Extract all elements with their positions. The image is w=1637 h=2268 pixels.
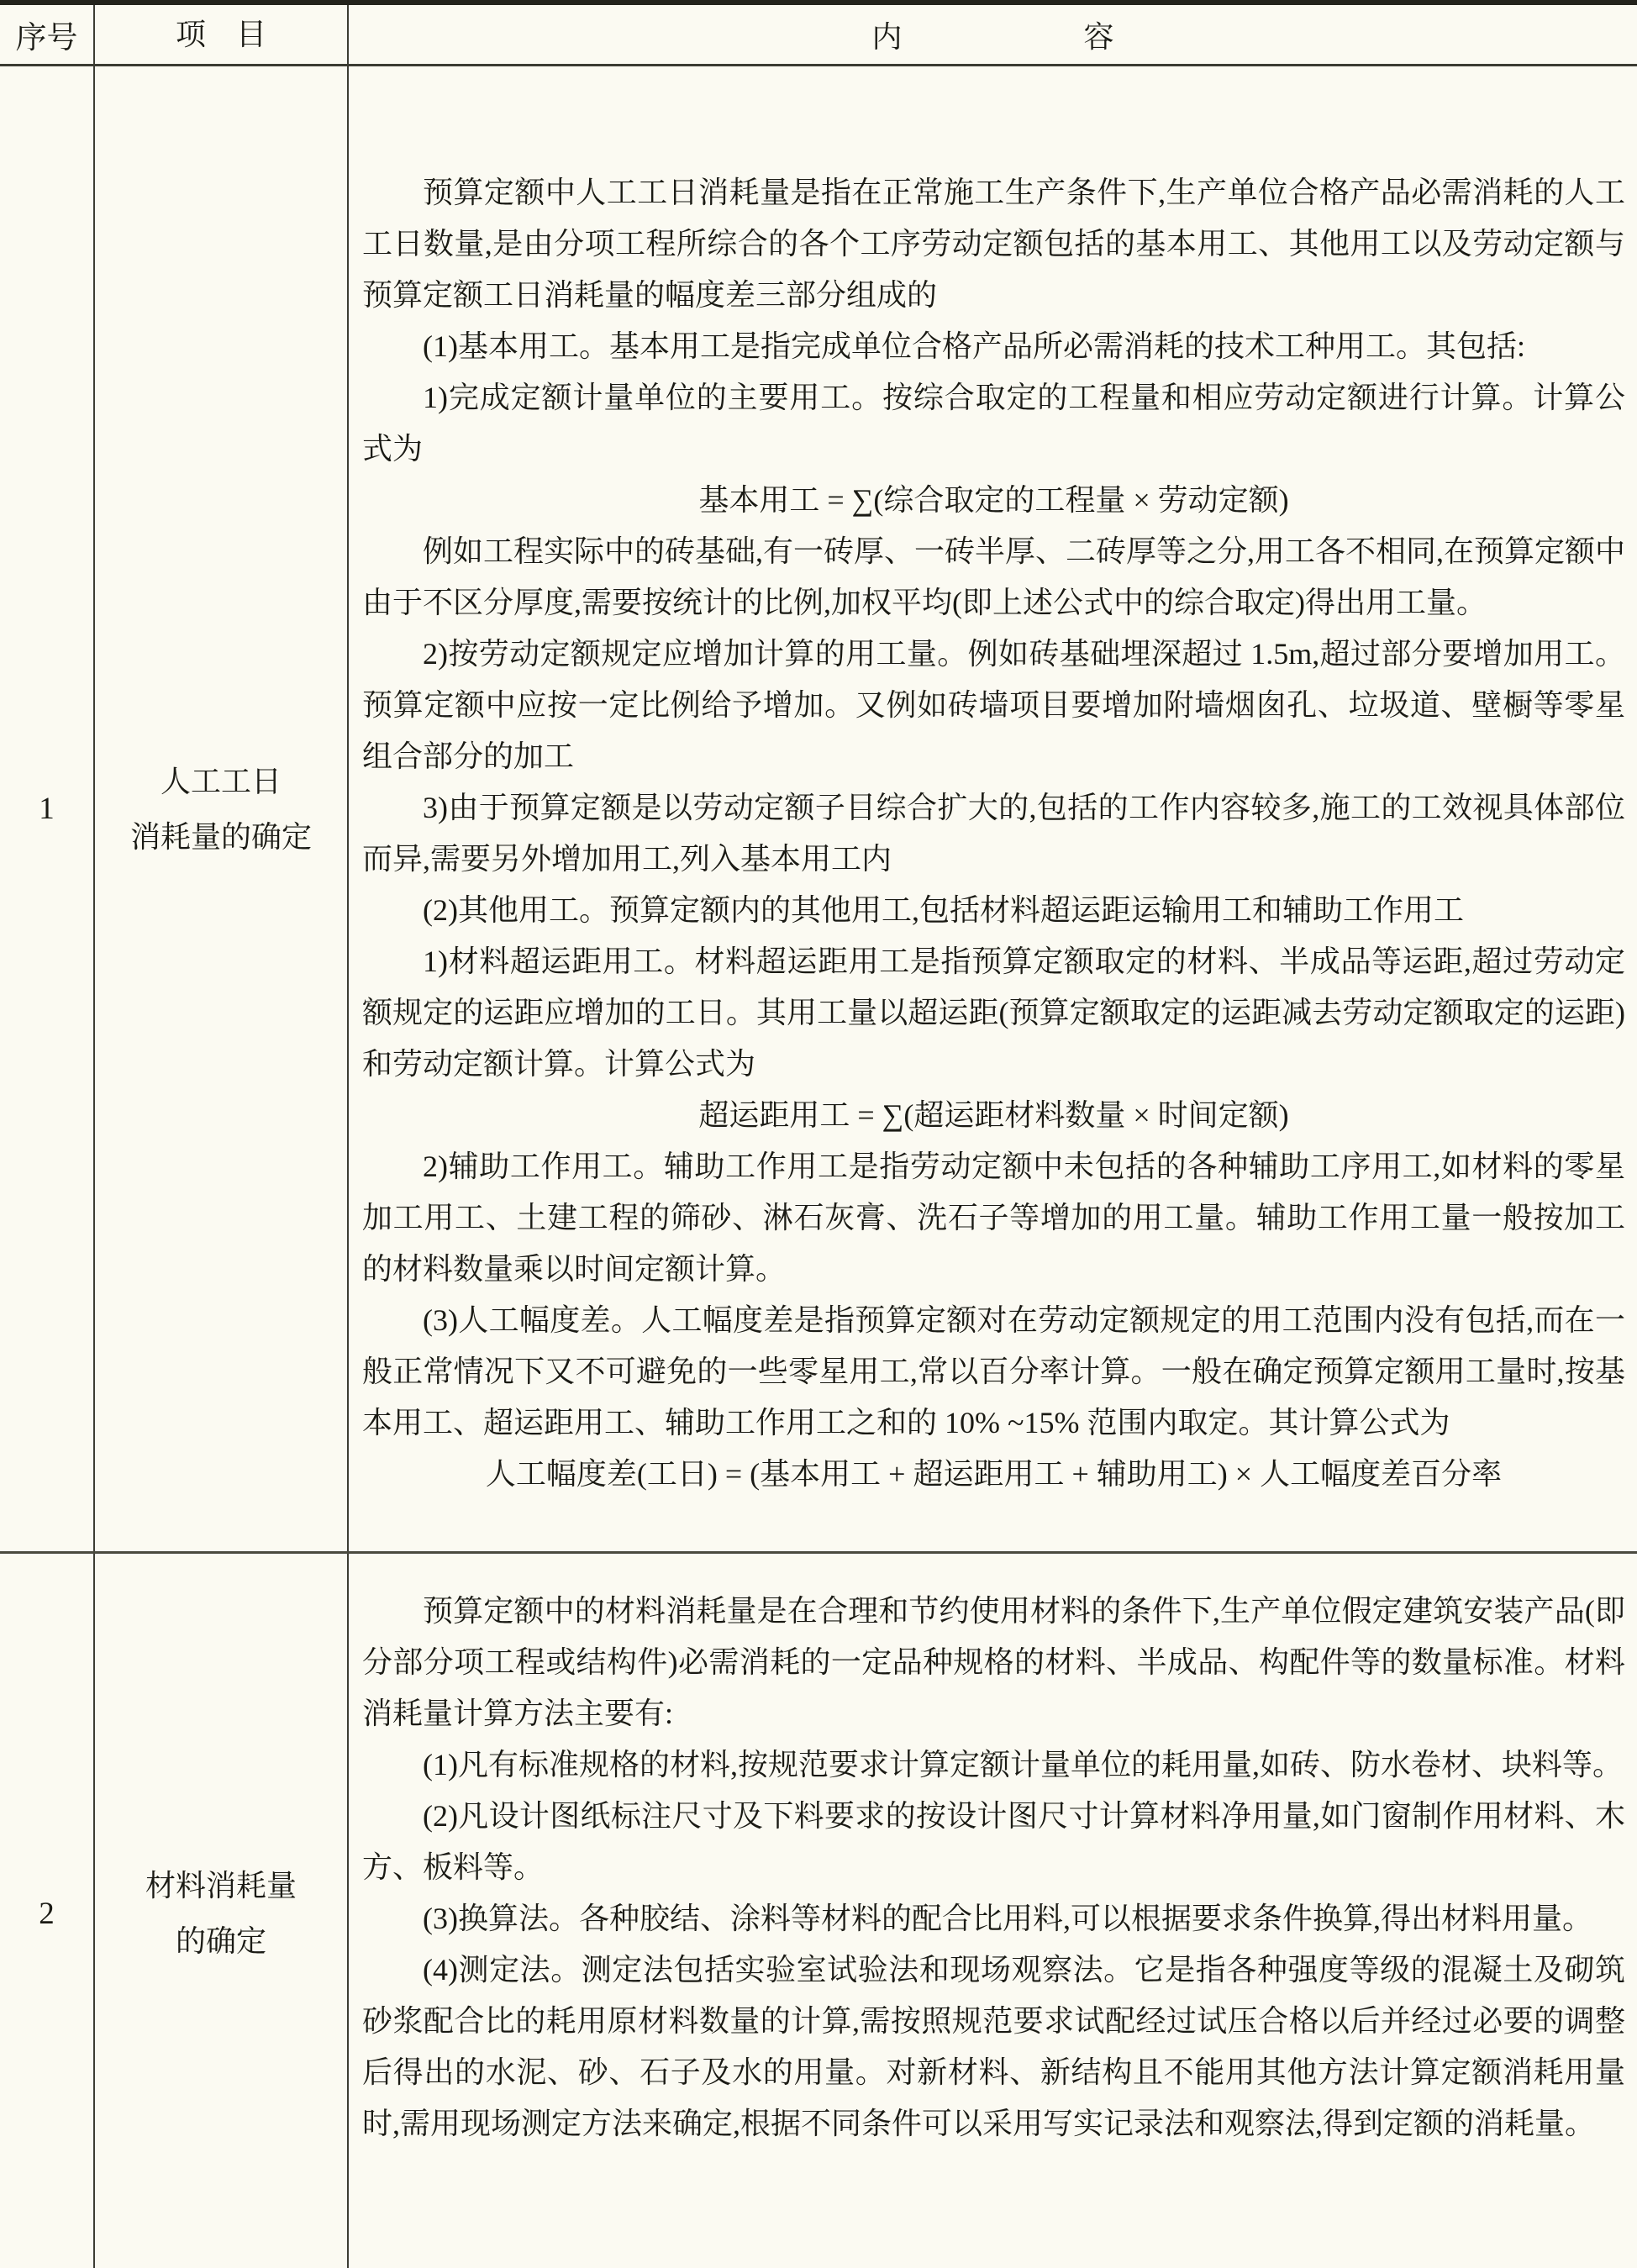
formula-line: 人工幅度差(工日) = (基本用工 + 超运距用工 + 辅助用工) × 人工幅度… xyxy=(362,1449,1625,1500)
content-paragraph: 2)按劳动定额规定应增加计算的用工量。例如砖基础埋深超过 1.5m,超过部分要增… xyxy=(362,629,1625,782)
content-paragraph: 例如工程实际中的砖基础,有一砖厚、一砖半厚、二砖厚等之分,用工各不相同,在预算定… xyxy=(362,526,1625,629)
content-paragraph: 3)由于预算定额是以劳动定额子目综合扩大的,包括的工作内容较多,施工的工效视具体… xyxy=(362,782,1625,885)
header-content: 内 容 xyxy=(349,5,1637,64)
content-paragraph: (1)凡有标准规格的材料,按规范要求计算定额计量单位的耗用量,如砖、防水卷材、块… xyxy=(362,1739,1625,1791)
table-row: 2材料消耗量的确定预算定额中的材料消耗量是在合理和节约使用材料的条件下,生产单位… xyxy=(0,1551,1637,2268)
formula-line: 基本用工 = ∑(综合取定的工程量 × 劳动定额) xyxy=(362,475,1625,526)
content-cell: 预算定额中的材料消耗量是在合理和节约使用材料的条件下,生产单位假定建筑安装产品(… xyxy=(349,1554,1637,2268)
header-item: 项 目 xyxy=(95,5,349,64)
content-paragraph: (4)测定法。测定法包括实验室试验法和现场观察法。它是指各种强度等级的混凝土及砌… xyxy=(362,1944,1625,2150)
content-paragraph: 1)材料超运距用工。材料超运距用工是指预算定额取定的材料、半成品等运距,超过劳动… xyxy=(362,936,1625,1090)
content-paragraph: (1)基本用工。基本用工是指完成单位合格产品所必需消耗的技术工种用工。其包括: xyxy=(362,321,1625,372)
content-paragraph: (3)换算法。各种胶结、涂料等材料的配合比用料,可以根据要求条件换算,得出材料用… xyxy=(362,1893,1625,1944)
content-paragraph: (2)凡设计图纸标注尺寸及下料要求的按设计图尺寸计算材料净用量,如门窗制作用材料… xyxy=(362,1791,1625,1893)
item-line: 的确定 xyxy=(176,1913,266,1969)
table-header-row: 序号 项 目 内 容 xyxy=(0,5,1637,66)
content-paragraph: 预算定额中人工工日消耗量是指在正常施工生产条件下,生产单位合格产品必需消耗的人工… xyxy=(362,167,1625,321)
item-line: 人工工日 xyxy=(161,754,282,809)
content-paragraph: 1)完成定额计量单位的主要用工。按综合取定的工程量和相应劳动定额进行计算。计算公… xyxy=(362,372,1625,475)
header-serial: 序号 xyxy=(0,5,95,64)
content-paragraph: 2)辅助工作用工。辅助工作用工是指劳动定额中未包括的各种辅助工序用工,如材料的零… xyxy=(362,1141,1625,1295)
serial-cell: 2 xyxy=(0,1554,95,2268)
serial-cell: 1 xyxy=(0,66,95,1551)
item-cell: 人工工日消耗量的确定 xyxy=(95,66,349,1551)
quota-table: 序号 项 目 内 容 1人工工日消耗量的确定预算定额中人工工日消耗量是指在正常施… xyxy=(0,0,1637,2268)
formula-line: 超运距用工 = ∑(超运距材料数量 × 时间定额) xyxy=(362,1090,1625,1141)
content-paragraph: 预算定额中的材料消耗量是在合理和节约使用材料的条件下,生产单位假定建筑安装产品(… xyxy=(362,1586,1625,1739)
content-paragraph: (2)其他用工。预算定额内的其他用工,包括材料超运距运输用工和辅助工作用工 xyxy=(362,885,1625,936)
content-paragraph: (3)人工幅度差。人工幅度差是指预算定额对在劳动定额规定的用工范围内没有包括,而… xyxy=(362,1295,1625,1449)
item-line: 材料消耗量 xyxy=(145,1858,297,1913)
table-body: 1人工工日消耗量的确定预算定额中人工工日消耗量是指在正常施工生产条件下,生产单位… xyxy=(0,66,1637,2268)
item-line: 消耗量的确定 xyxy=(130,809,312,865)
item-cell: 材料消耗量的确定 xyxy=(95,1554,349,2268)
content-cell: 预算定额中人工工日消耗量是指在正常施工生产条件下,生产单位合格产品必需消耗的人工… xyxy=(349,66,1637,1551)
table-row: 1人工工日消耗量的确定预算定额中人工工日消耗量是指在正常施工生产条件下,生产单位… xyxy=(0,66,1637,1551)
